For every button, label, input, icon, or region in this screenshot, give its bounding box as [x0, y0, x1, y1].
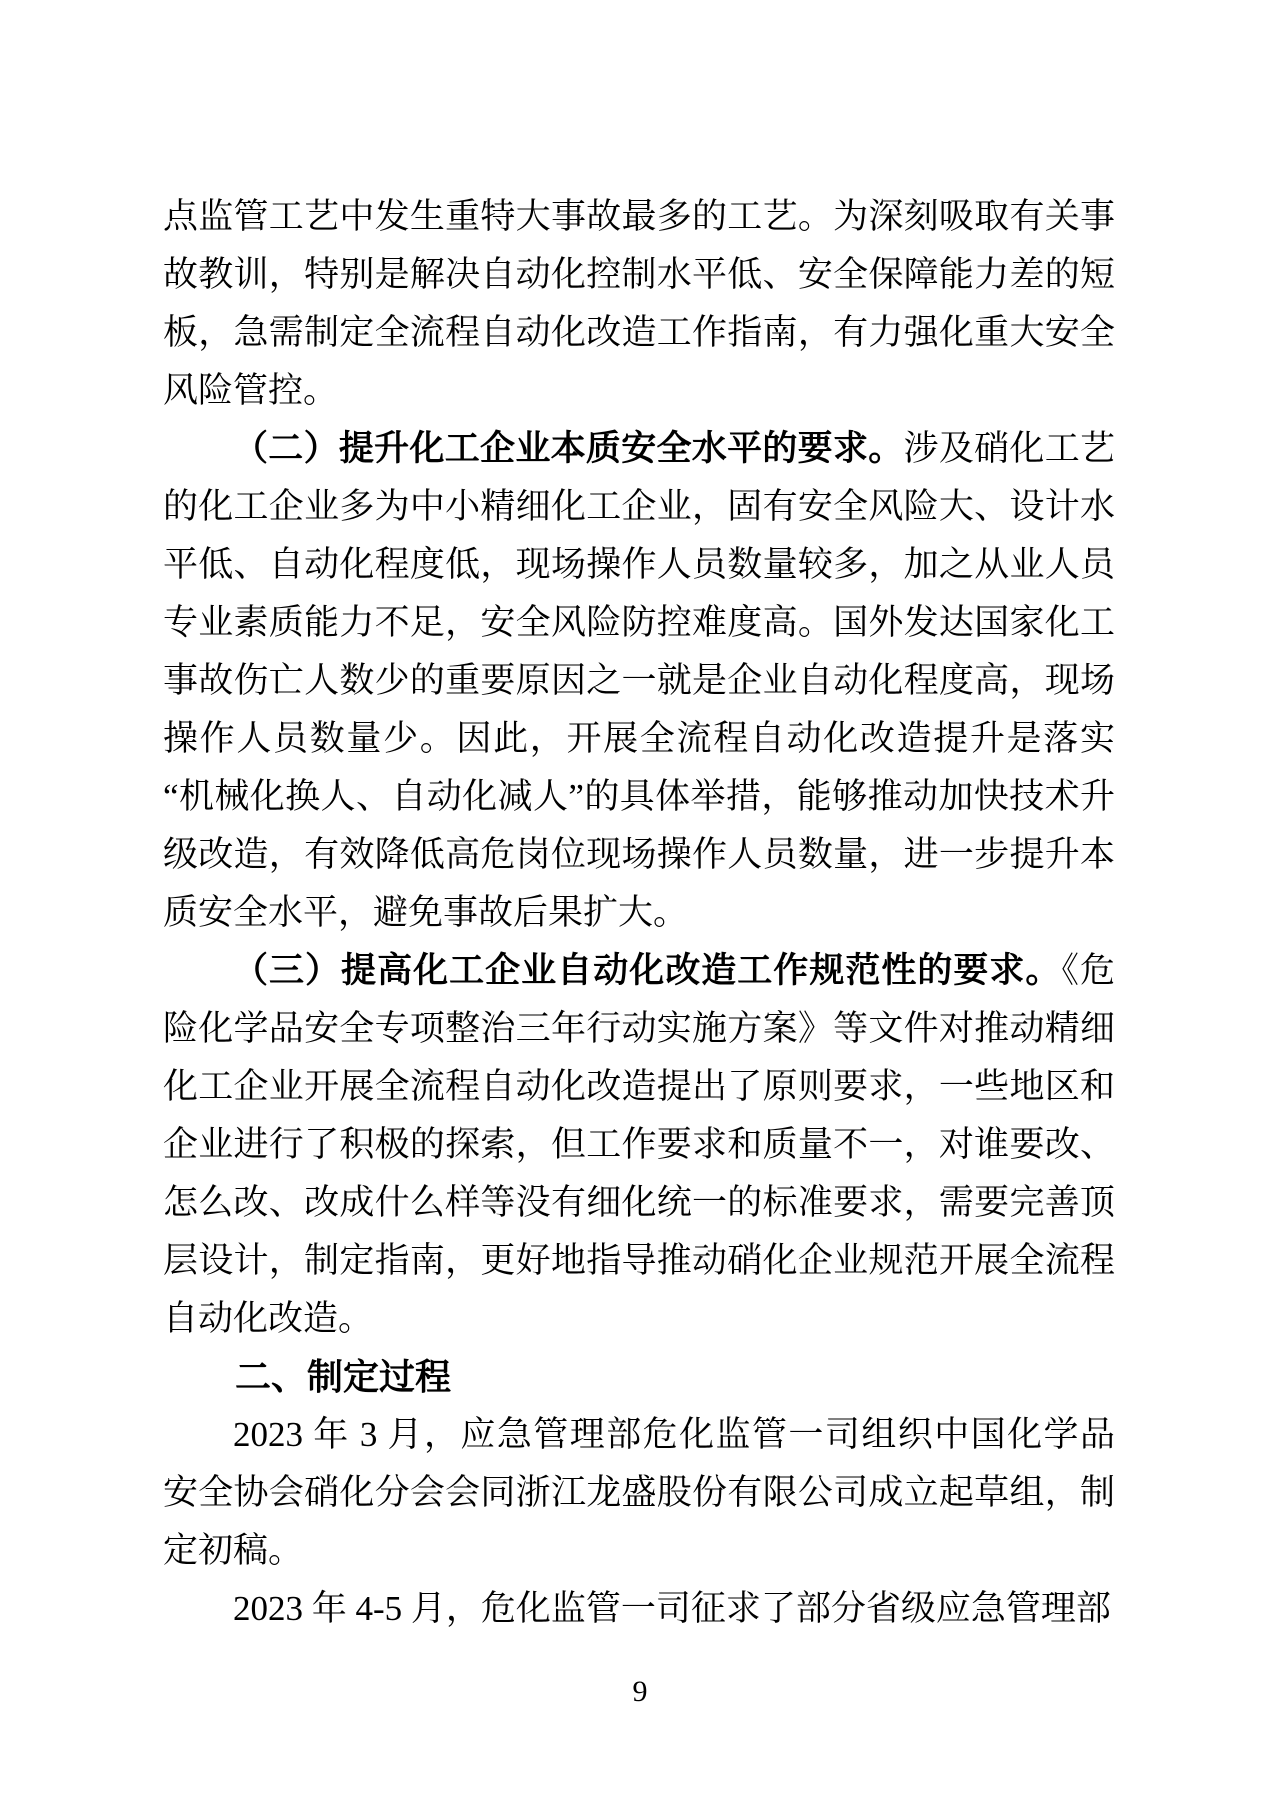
- paragraph-april-may-2023-consultation: 2023 年 4-5 月，危化监管一司征求了部分省级应急管理部: [163, 1580, 1115, 1638]
- paragraph-section-2: （二）提升化工企业本质安全水平的要求。涉及硝化工艺的化工企业多为中小精细化工企业…: [163, 420, 1115, 942]
- paragraph-risk-control-continuation: 点监管工艺中发生重特大事故最多的工艺。为深刻吸取有关事故教训，特别是解决自动化控…: [163, 188, 1115, 420]
- document-page: 点监管工艺中发生重特大事故最多的工艺。为深刻吸取有关事故教训，特别是解决自动化控…: [0, 0, 1280, 1809]
- page-number: 9: [0, 1672, 1280, 1712]
- document-body: 点监管工艺中发生重特大事故最多的工艺。为深刻吸取有关事故教训，特别是解决自动化控…: [163, 188, 1115, 1638]
- section-3-body-text: 《危险化学品安全专项整治三年行动实施方案》等文件对推动精细化工企业开展全流程自动…: [163, 951, 1115, 1338]
- section-2-body-text: 涉及硝化工艺的化工企业多为中小精细化工企业，固有安全风险大、设计水平低、自动化程…: [163, 429, 1115, 932]
- section-heading-drafting-process: 二、制定过程: [163, 1348, 1115, 1406]
- paragraph-section-3: （三）提高化工企业自动化改造工作规范性的要求。《危险化学品安全专项整治三年行动实…: [163, 942, 1115, 1348]
- section-2-inline-heading: （二）提升化工企业本质安全水平的要求。: [233, 429, 904, 468]
- section-3-inline-heading: （三）提高化工企业自动化改造工作规范性的要求。: [233, 951, 1061, 990]
- paragraph-march-2023-draft: 2023 年 3 月，应急管理部危化监管一司组织中国化学品安全协会硝化分会会同浙…: [163, 1406, 1115, 1580]
